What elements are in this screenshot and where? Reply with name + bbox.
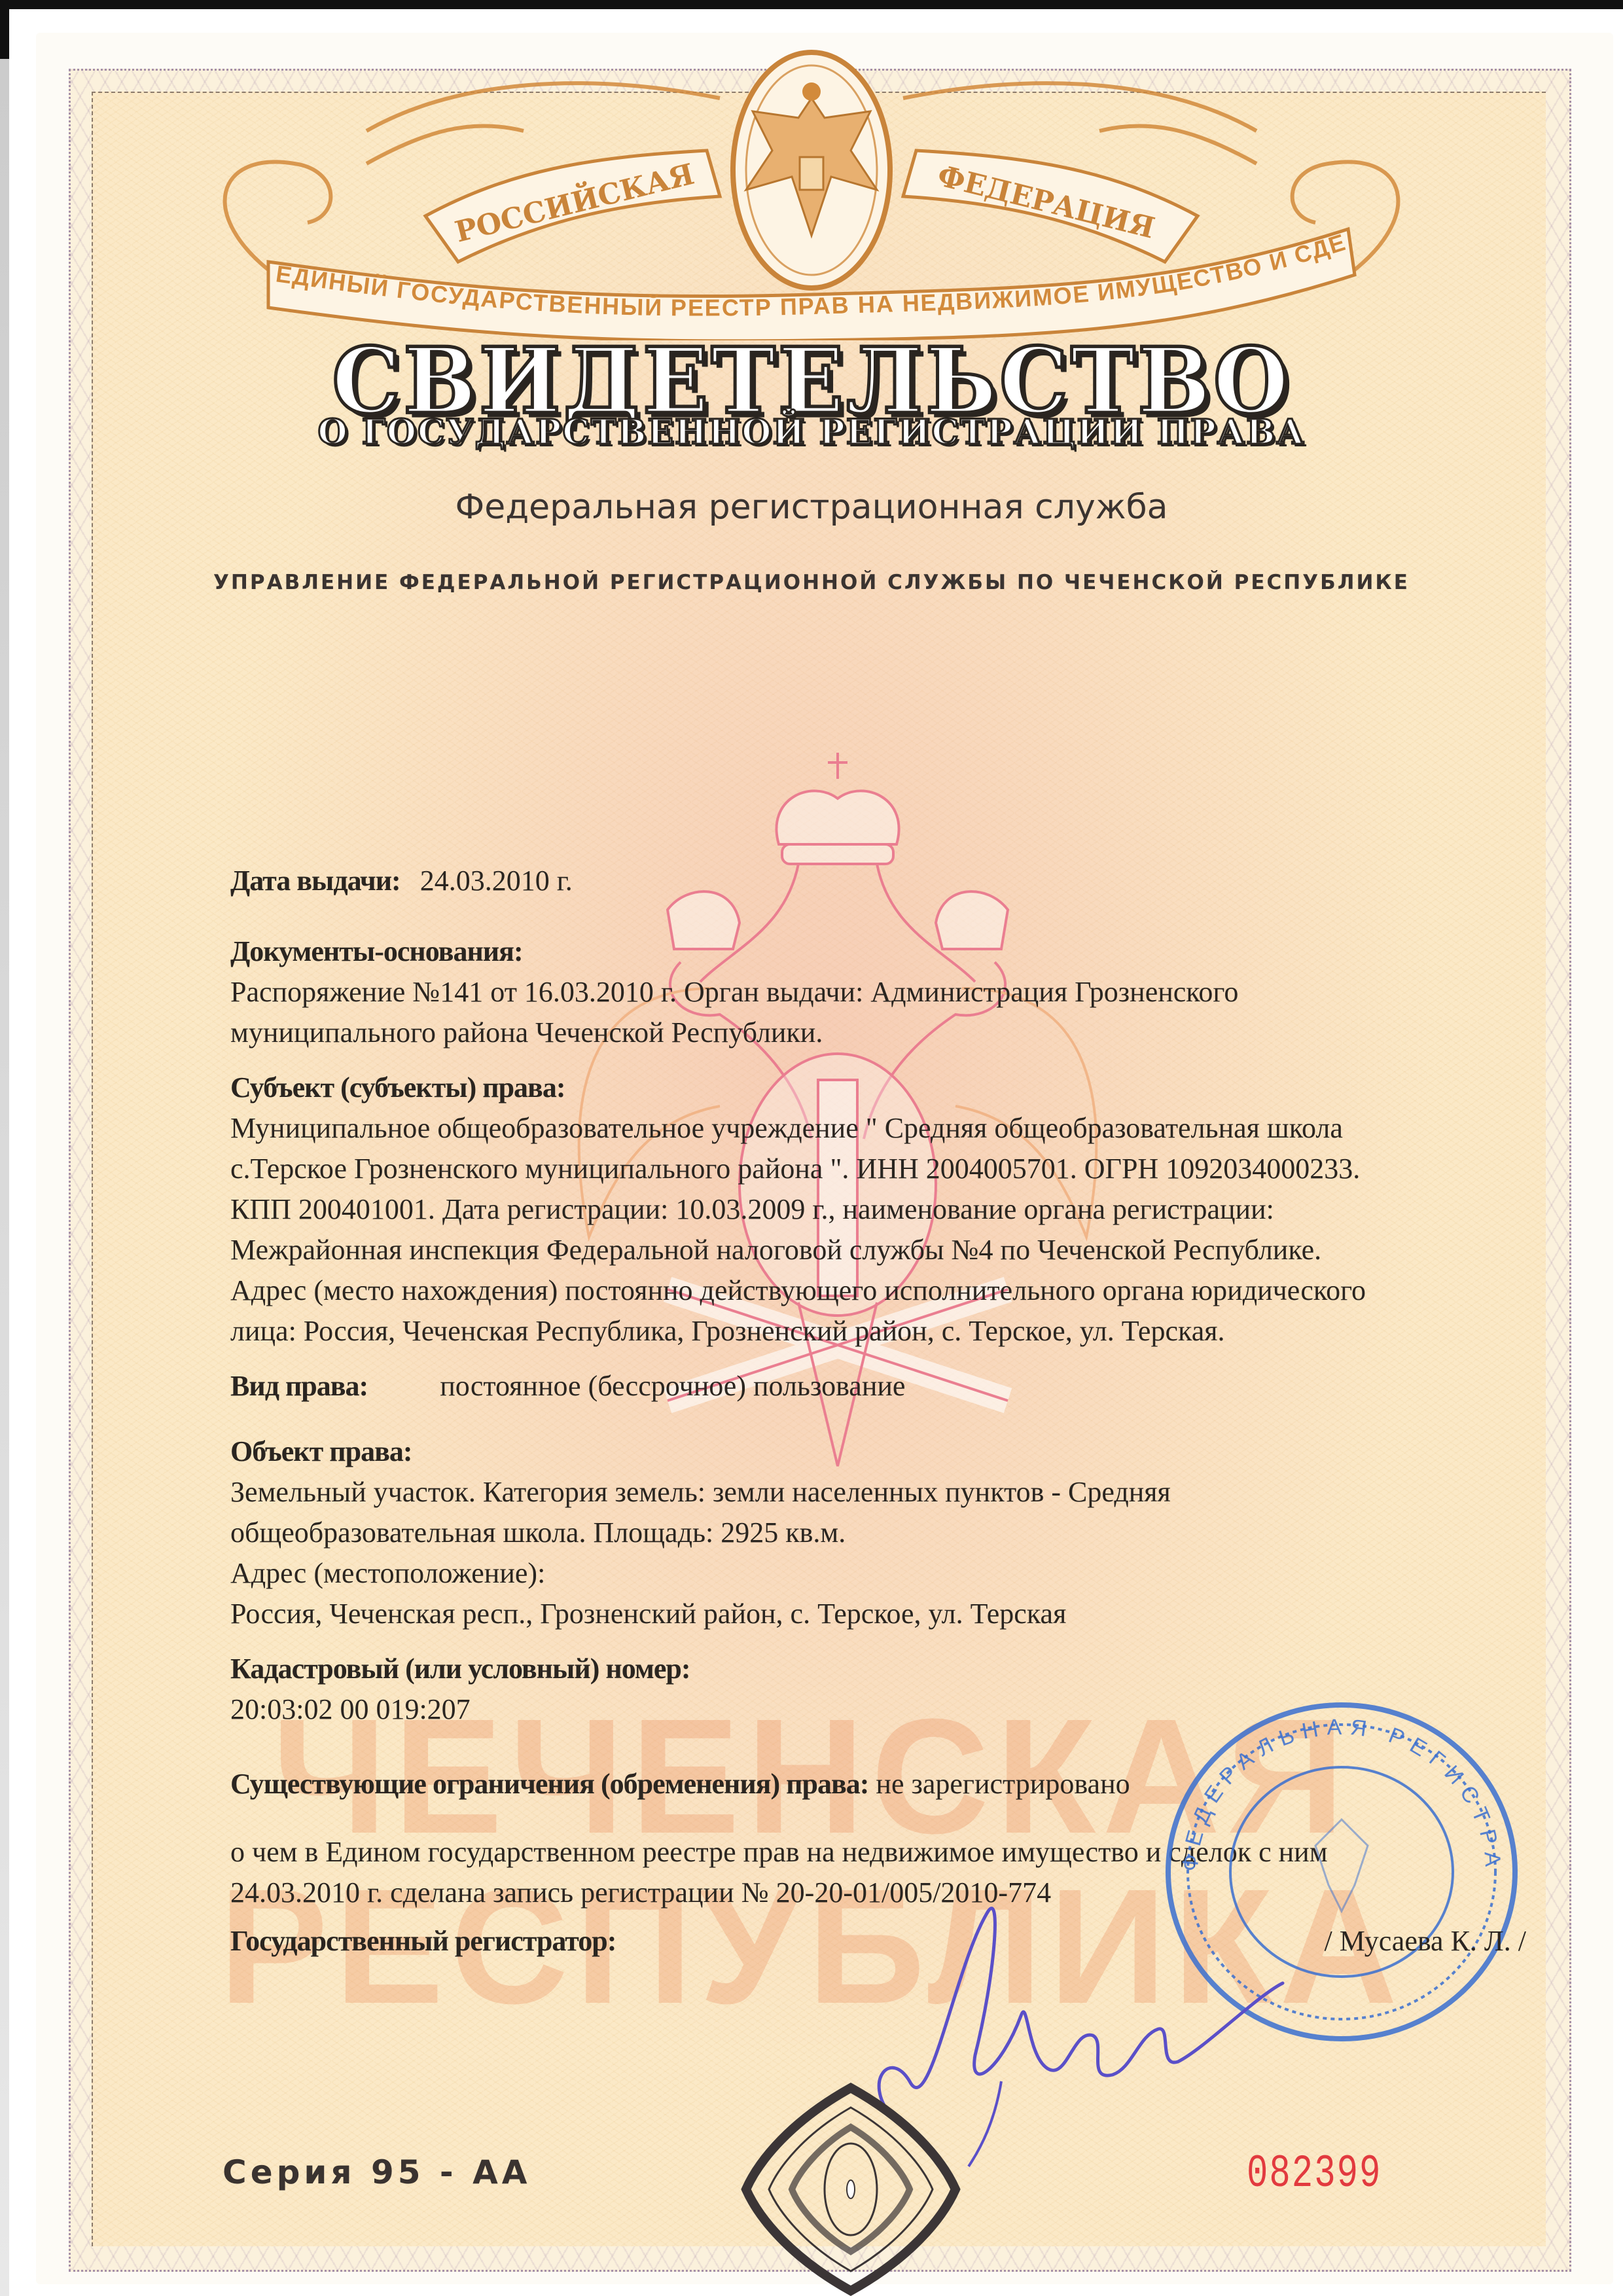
registrar-label: Государственный регистратор: <box>230 1925 616 1957</box>
registrar-name: / Мусаева К. Л. / <box>1324 1924 1526 1958</box>
object-line: общеобразовательная школа. Площадь: 2925… <box>230 1513 1526 1553</box>
header-ornament: РОССИЙСКАЯ ФЕДЕРАЦИЯ ЕДИНЫЙ ГОСУДАРСТВЕН… <box>0 0 1623 340</box>
issue-date-value: 24.03.2010 г. <box>420 861 573 901</box>
series-label: Серия 95 - АА <box>223 2153 531 2191</box>
issue-date-row: Дата выдачи: 24.03.2010 г. <box>230 861 1526 901</box>
serial-number: 082399 <box>1247 2149 1382 2200</box>
right-type-value: постоянное (бессрочное) пользование <box>440 1366 905 1407</box>
basis-documents-line: Распоряжение №141 от 16.03.2010 г. Орган… <box>230 972 1526 1013</box>
object-label: Объект права: <box>230 1431 1526 1472</box>
basis-documents-section: Документы-основания: Распоряжение №141 о… <box>230 931 1526 1053</box>
coat-of-arms-icon <box>733 52 890 288</box>
subjects-label: Субъект (субъекты) права: <box>230 1067 1526 1108</box>
subjects-line: Адрес (место нахождения) постоянно дейст… <box>230 1270 1526 1311</box>
subjects-line: Муниципальное общеобразовательное учрежд… <box>230 1108 1526 1149</box>
object-section: Объект права: Земельный участок. Категор… <box>230 1431 1526 1634</box>
subjects-line: с.Терское Грозненского муниципального ра… <box>230 1149 1526 1189</box>
security-rosette-icon <box>694 2081 1008 2296</box>
right-type-row: Вид права: постоянное (бессрочное) польз… <box>230 1366 1526 1407</box>
subjects-line: Межрайонная инспекция Федеральной налого… <box>230 1230 1526 1270</box>
basis-documents-label: Документы-основания: <box>230 931 1526 972</box>
encumbrances-value: не зарегистрировано <box>876 1768 1130 1800</box>
subjects-line: лица: Россия, Чеченская Республика, Гроз… <box>230 1311 1526 1352</box>
object-line: Россия, Чеченская респ., Грозненский рай… <box>230 1594 1526 1634</box>
department-name: УПРАВЛЕНИЕ ФЕДЕРАЛЬНОЙ РЕГИСТРАЦИОННОЙ С… <box>0 571 1623 594</box>
certificate-subtitle: О ГОСУДАРСТВЕННОЙ РЕГИСТРАЦИИ ПРАВА <box>0 412 1623 452</box>
object-line: Адрес (местоположение): <box>230 1553 1526 1594</box>
encumbrances-label: Существующие ограничения (обременения) п… <box>230 1768 868 1800</box>
subjects-line: КПП 200401001. Дата регистрации: 10.03.2… <box>230 1189 1526 1230</box>
basis-documents-line: муниципального района Чеченской Республи… <box>230 1013 1526 1053</box>
object-line: Земельный участок. Категория земель: зем… <box>230 1472 1526 1513</box>
issue-date-label: Дата выдачи: <box>230 861 401 901</box>
subjects-section: Субъект (субъекты) права: Муниципальное … <box>230 1067 1526 1352</box>
right-type-label: Вид права: <box>230 1366 368 1407</box>
svg-text:ФЕДЕРАЛЬНАЯ РЕГИСТРАЦИОННАЯ СЛ: ФЕДЕРАЛЬНАЯ РЕГИСТРАЦИОННАЯ СЛУЖБА <box>1152 1689 1506 1875</box>
cadastral-label: Кадастровый (или условный) номер: <box>230 1649 1526 1689</box>
agency-name: Федеральная регистрационная служба <box>0 488 1623 527</box>
